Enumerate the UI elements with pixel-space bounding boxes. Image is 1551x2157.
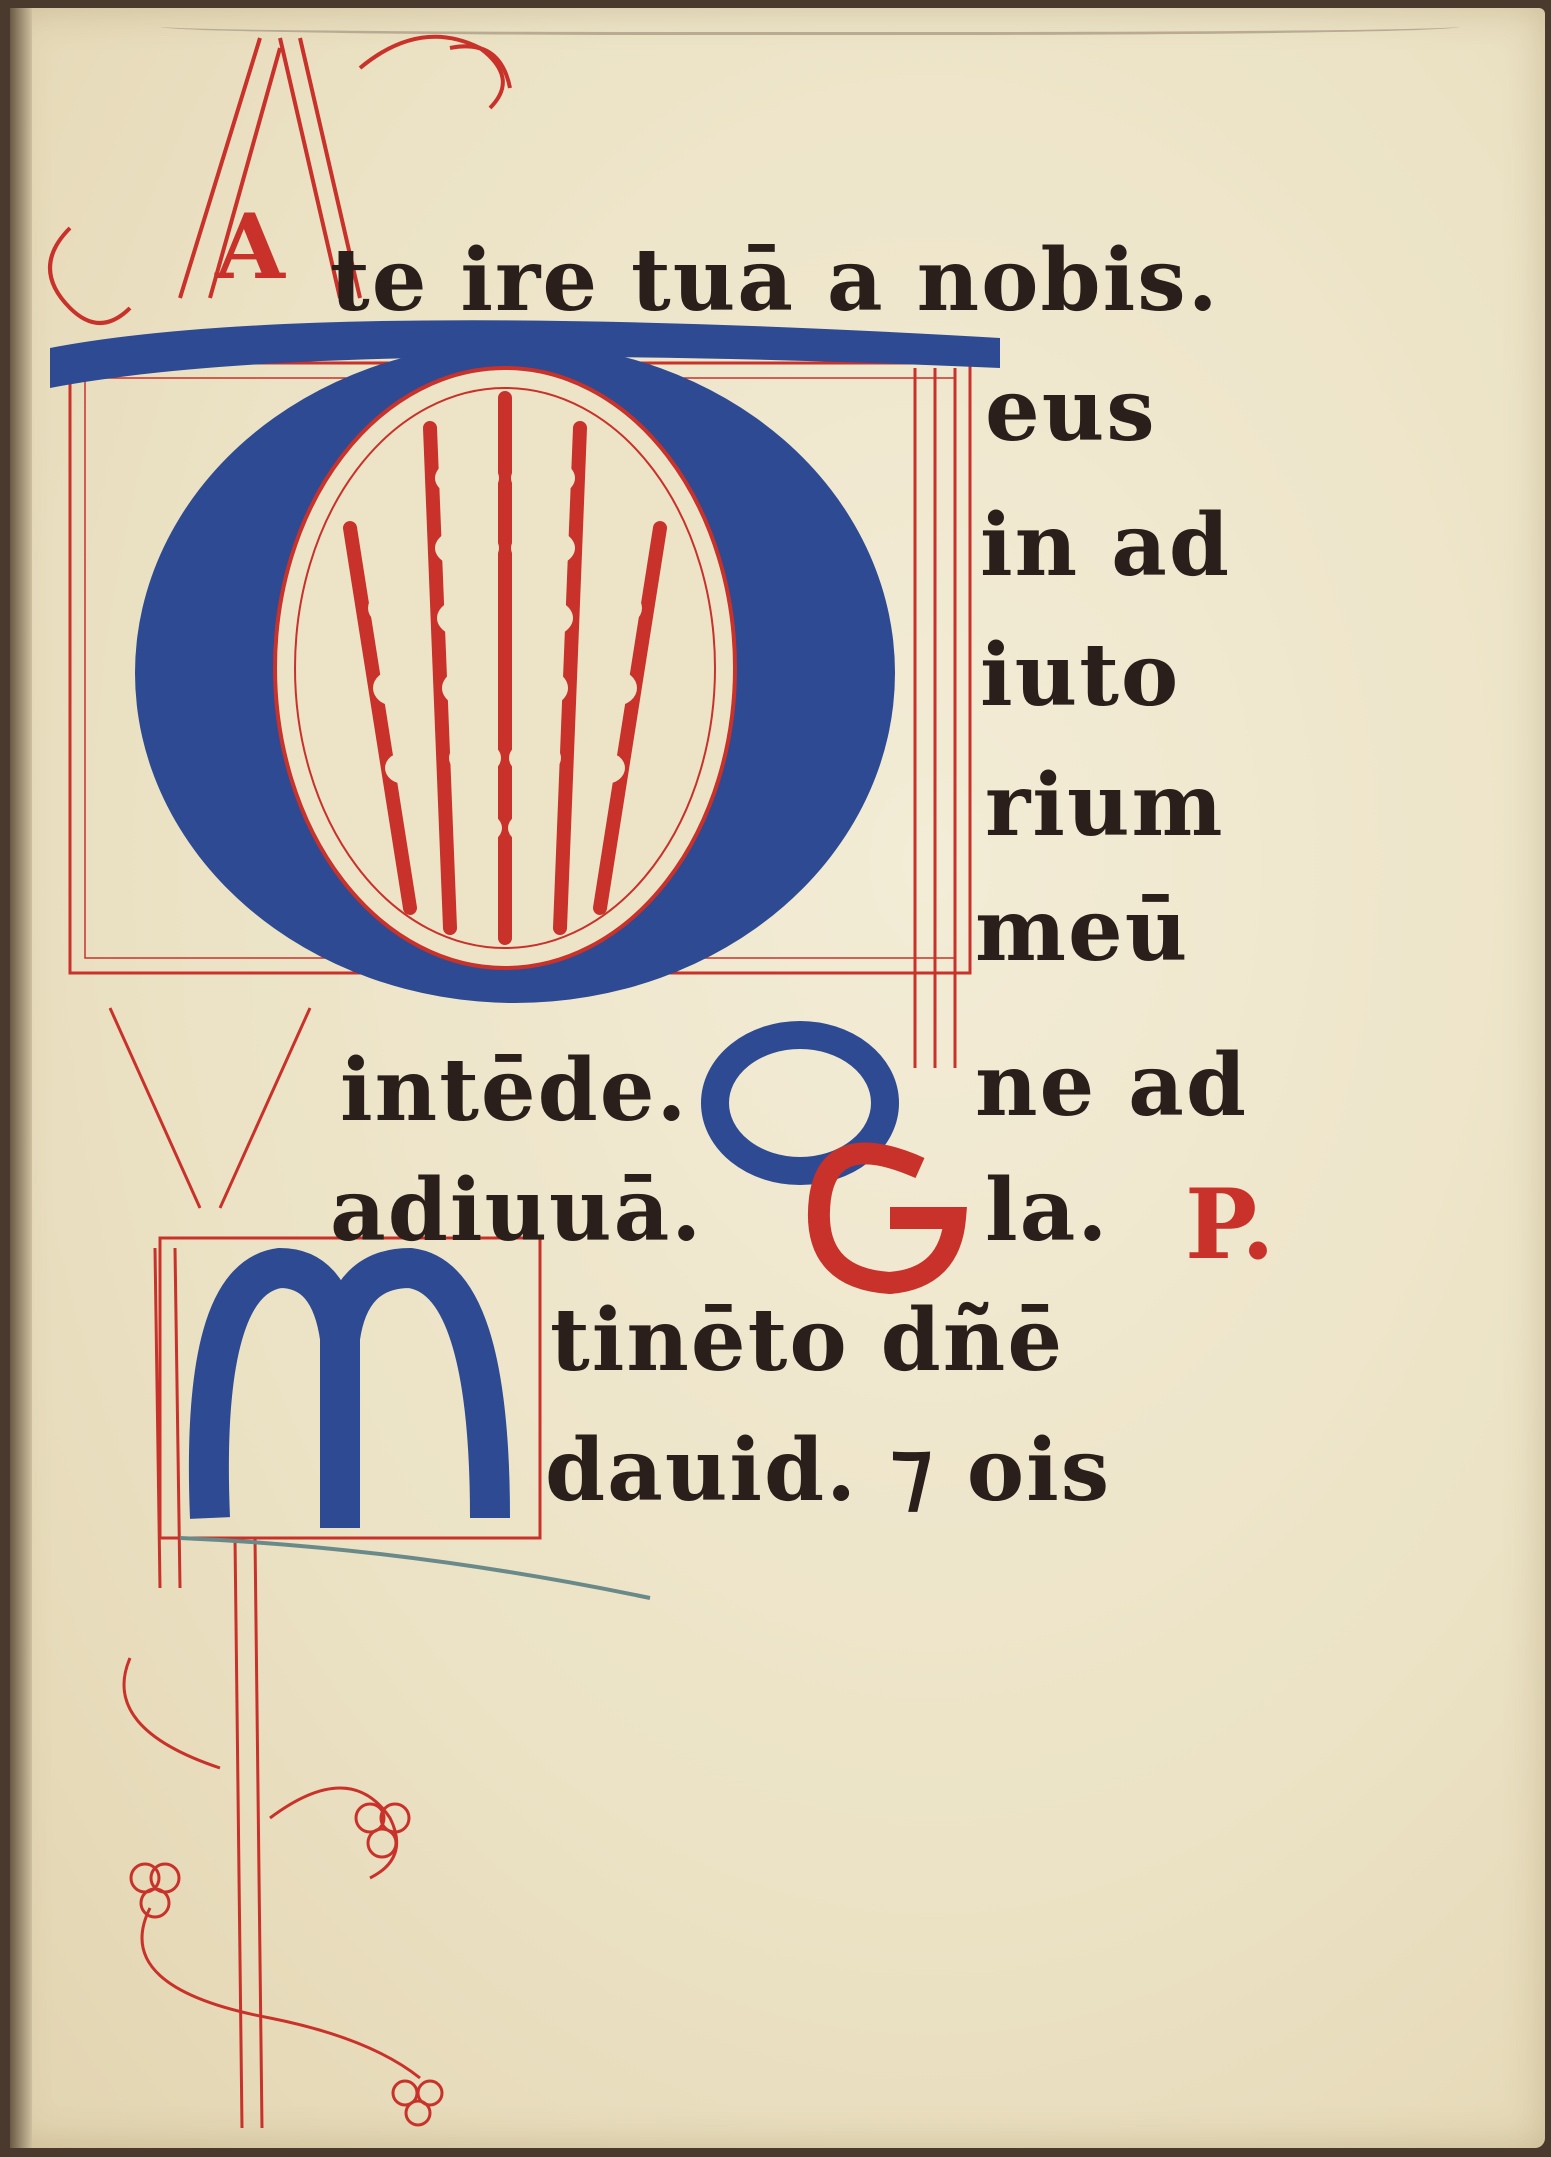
rubric-p-mark: P. — [1185, 1168, 1275, 1281]
text-line-5: rium — [985, 763, 1225, 849]
text-line-1: te ire tuā a nobis. — [330, 238, 1220, 324]
red-g-initial — [819, 1153, 955, 1283]
text-line-9: adiuuā. — [330, 1168, 703, 1254]
text-line-2: eus — [985, 368, 1157, 454]
text-line-6: meū — [975, 888, 1189, 974]
text-line-11: tinēto dñē — [550, 1298, 1064, 1384]
text-line-8: ne ad — [975, 1043, 1248, 1129]
red-a-initial: A — [214, 194, 286, 300]
text-line-3: in ad — [980, 503, 1231, 589]
text-line-7: intēde. — [340, 1048, 688, 1134]
initial-d-frame — [50, 320, 1000, 1068]
text-line-10: la. — [985, 1168, 1109, 1254]
text-line-4: iuto — [980, 633, 1180, 719]
text-line-12: dauid. ⁊ ois — [545, 1428, 1111, 1514]
manuscript-page: A — [10, 8, 1545, 2148]
